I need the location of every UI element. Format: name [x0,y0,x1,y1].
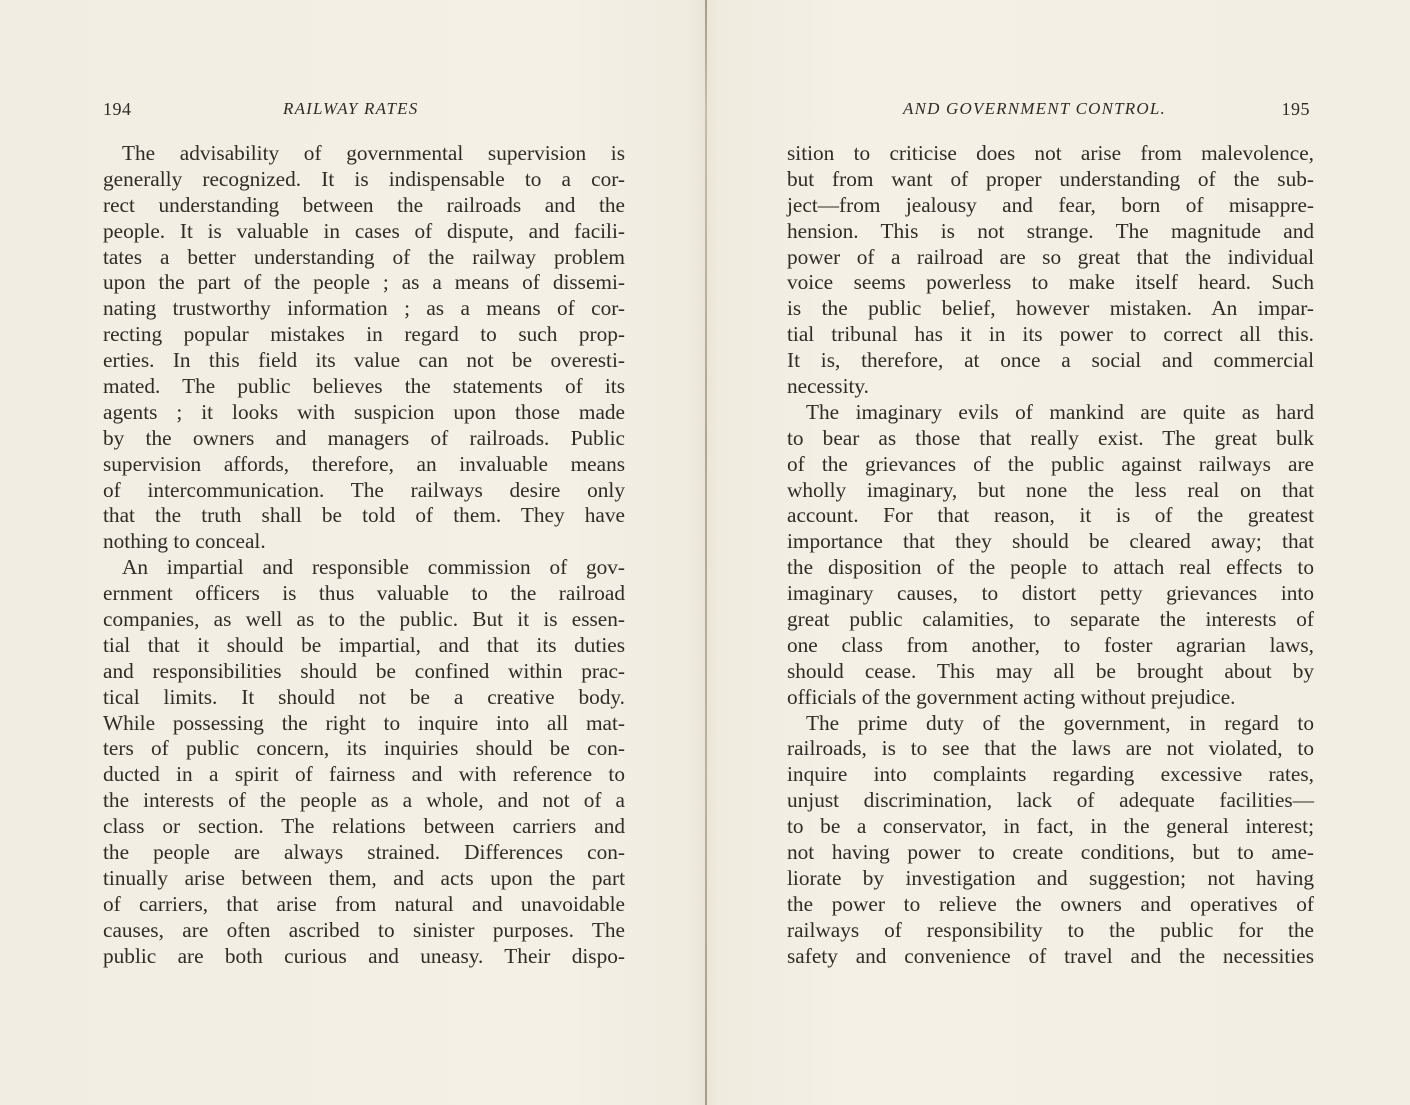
text-line: tial that it should be impartial, and th… [103,633,625,659]
text-line: recting popular mistakes in regard to su… [103,322,625,348]
text-line: to bear as those that really exist. The … [787,426,1314,452]
text-line: inquire into complaints regarding excess… [787,762,1314,788]
text-line: liorate by investigation and suggestion;… [787,866,1314,892]
text-line: The advisability of governmental supervi… [103,141,625,167]
text-line: class or section. The relations between … [103,814,625,840]
text-line: agents ; it looks with suspicion upon th… [103,400,625,426]
text-line: It is, therefore, at once a social and c… [787,348,1314,374]
running-head-title: AND GOVERNMENT CONTROL. [903,99,1166,119]
page-number: 195 [1282,99,1311,120]
text-line: should cease. This may all be brought ab… [787,659,1314,685]
text-line: the people are always strained. Differen… [103,840,625,866]
text-line: tinually arise between them, and acts up… [103,866,625,892]
text-line: mated. The public believes the statement… [103,374,625,400]
text-line: unjust discrimination, lack of adequate … [787,788,1314,814]
text-line: great public calamities, to separate the… [787,607,1314,633]
text-line: upon the part of the people ; as a means… [103,270,625,296]
text-line: tical limits. It should not be a creativ… [103,685,625,711]
text-line: not having power to create conditions, b… [787,840,1314,866]
text-line: of intercommunication. The railways desi… [103,478,625,504]
text-line: companies, as well as to the public. But… [103,607,625,633]
text-line: to be a conservator, in fact, in the gen… [787,814,1314,840]
text-line: officials of the government acting witho… [787,685,1314,711]
left-page: 194 RAILWAY RATES The advisability of go… [0,0,705,1105]
text-line: voice seems powerless to make itself hea… [787,270,1314,296]
text-line: While possessing the right to inquire in… [103,711,625,737]
text-line: The imaginary evils of mankind are quite… [787,400,1314,426]
text-line: wholly imaginary, but none the less real… [787,478,1314,504]
text-line: of carriers, that arise from natural and… [103,892,625,918]
page-number: 194 [103,99,132,120]
text-line: hension. This is not strange. The magnit… [787,219,1314,245]
text-line: and responsibilities should be confined … [103,659,625,685]
book-spread: 194 RAILWAY RATES The advisability of go… [0,0,1410,1105]
text-line: tates a better understanding of the rail… [103,245,625,271]
text-line: rect understanding between the railroads… [103,193,625,219]
text-line: ject—from jealousy and fear, born of mis… [787,193,1314,219]
body-text-right: sition to criticise does not arise from … [787,141,1314,970]
running-head-right: AND GOVERNMENT CONTROL. 195 [783,99,1310,121]
text-line: the disposition of the people to attach … [787,555,1314,581]
text-line: people. It is valuable in cases of dispu… [103,219,625,245]
text-line: An impartial and responsible commission … [103,555,625,581]
text-line: but from want of proper understanding of… [787,167,1314,193]
text-line: public are both curious and uneasy. Thei… [103,944,625,970]
text-line: railroads, is to see that the laws are n… [787,736,1314,762]
text-line: The prime duty of the government, in reg… [787,711,1314,737]
text-line: account. For that reason, it is of the g… [787,503,1314,529]
text-line: sition to criticise does not arise from … [787,141,1314,167]
text-line: nothing to conceal. [103,529,625,555]
text-line: of the grievances of the public against … [787,452,1314,478]
running-head-left: 194 RAILWAY RATES [103,99,625,121]
text-line: ters of public concern, its inquiries sh… [103,736,625,762]
text-line: railways of responsibility to the public… [787,918,1314,944]
text-line: importance that they should be cleared a… [787,529,1314,555]
text-line: generally recognized. It is indispensabl… [103,167,625,193]
body-text-left: The advisability of governmental supervi… [103,141,625,970]
text-line: the power to relieve the owners and oper… [787,892,1314,918]
text-line: tial tribunal has it in its power to cor… [787,322,1314,348]
text-line: ernment officers is thus valuable to the… [103,581,625,607]
text-line: that the truth shall be told of them. Th… [103,503,625,529]
text-line: is the public belief, however mistaken. … [787,296,1314,322]
text-line: imaginary causes, to distort petty griev… [787,581,1314,607]
text-line: necessity. [787,374,1314,400]
text-line: by the owners and managers of railroads.… [103,426,625,452]
text-line: nating trustworthy information ; as a me… [103,296,625,322]
text-line: erties. In this field its value can not … [103,348,625,374]
text-line: the interests of the people as a whole, … [103,788,625,814]
text-line: power of a railroad are so great that th… [787,245,1314,271]
text-line: ducted in a spirit of fairness and with … [103,762,625,788]
text-line: supervision affords, therefore, an inval… [103,452,625,478]
text-line: one class from another, to foster agrari… [787,633,1314,659]
right-page: AND GOVERNMENT CONTROL. 195 sition to cr… [707,0,1410,1105]
running-head-title: RAILWAY RATES [283,99,418,119]
text-line: safety and convenience of travel and the… [787,944,1314,970]
text-line: causes, are often ascribed to sinister p… [103,918,625,944]
